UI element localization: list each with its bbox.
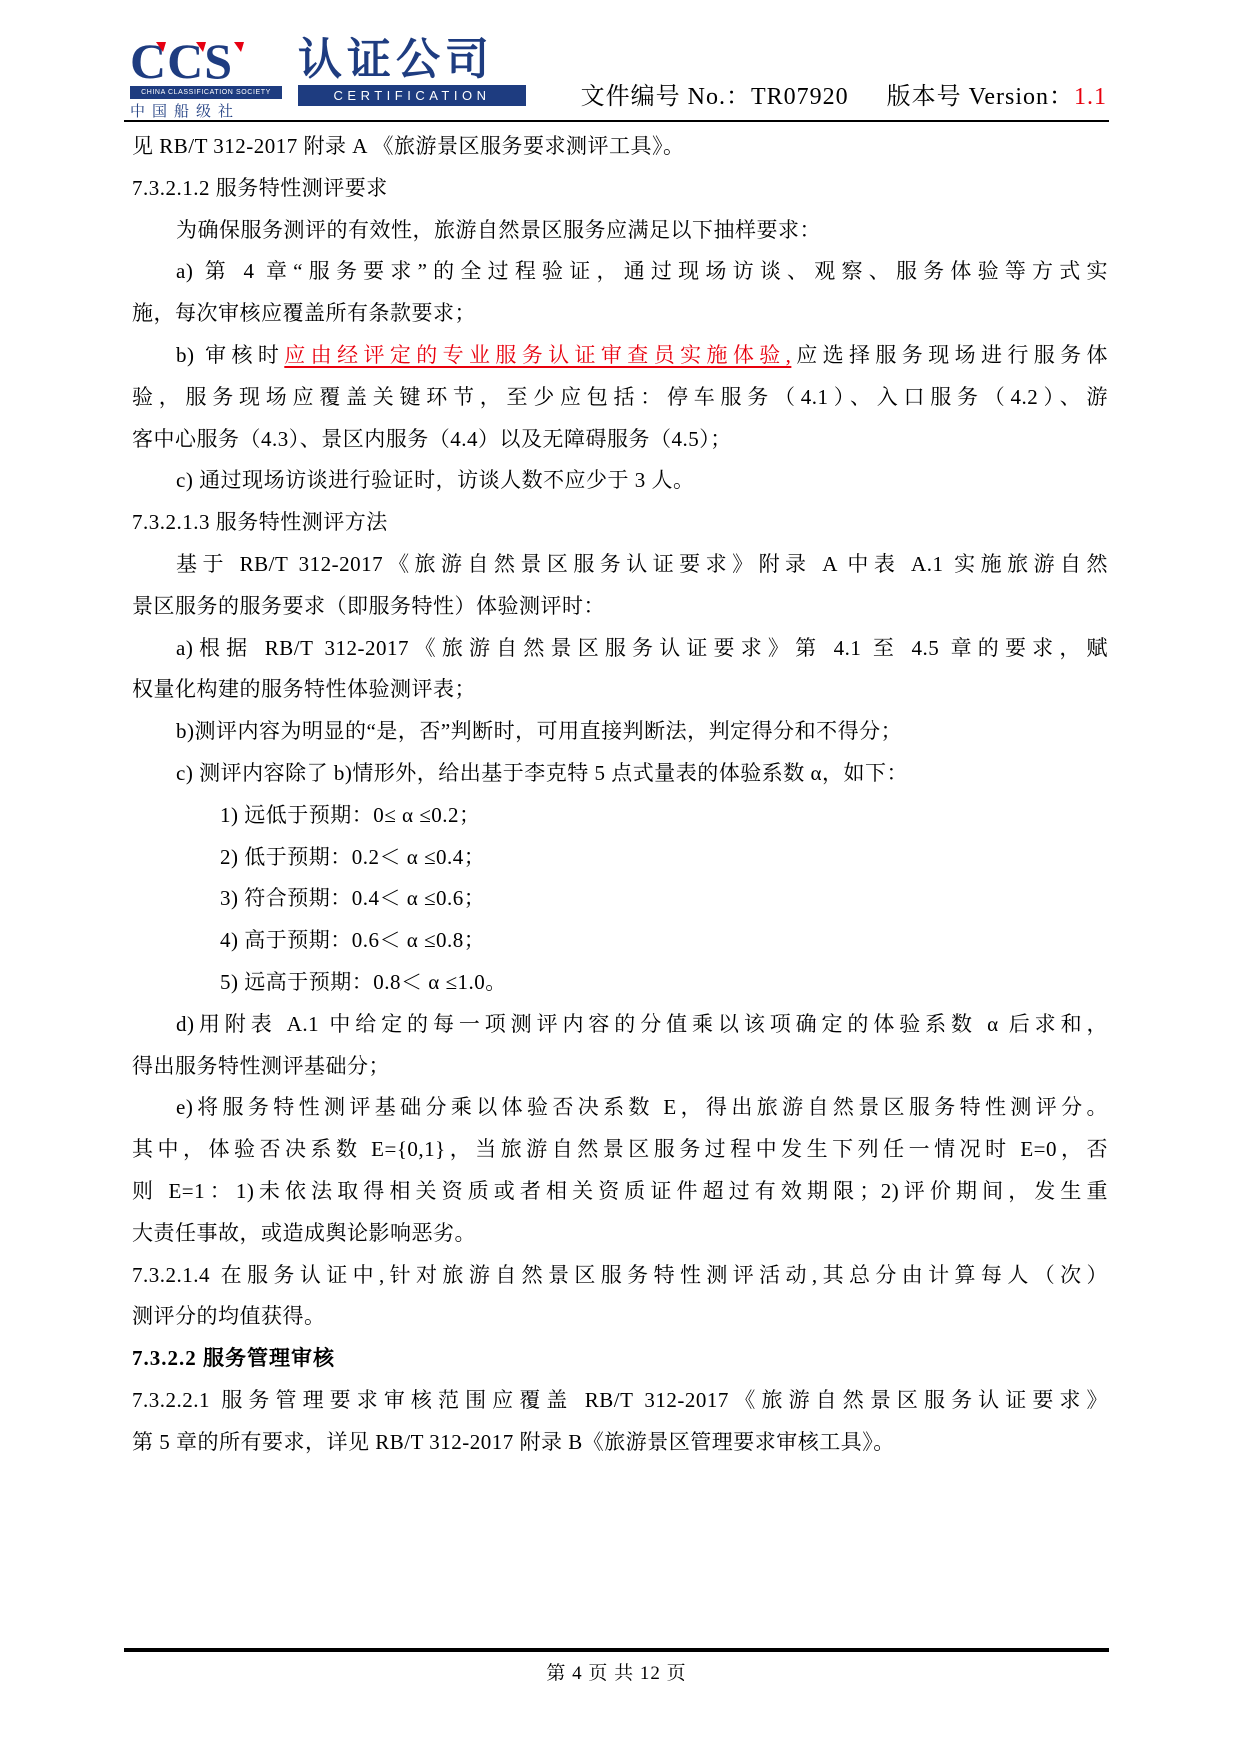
doc-list-item: 3) 符合预期：0.4＜ α ≤0.6； [132, 878, 1108, 920]
logo-society-cn: 中国船级社 [130, 100, 288, 121]
doc-line: d)用附表 A.1 中给定的每一项测评内容的分值乘以该项确定的体验系数 α 后求… [132, 1004, 1108, 1046]
ccs-logo-left: CCS CHINA CLASSIFICATION SOCIETY 中国船级社 [130, 38, 288, 121]
doc-line: 为确保服务测评的有效性，旅游自然景区服务应满足以下抽样要求： [132, 210, 1108, 252]
document-meta: 文件编号 No.：TR07920版本号 Version：1.1 [581, 76, 1107, 111]
doc-line: 权量化构建的服务特性体验测评表； [132, 669, 1108, 711]
doc-no-label: 文件编号 No.： [581, 84, 751, 110]
doc-line: c) 测评内容除了 b)情形外，给出基于李克特 5 点式量表的体验系数 α，如下… [132, 753, 1108, 795]
doc-line-segment: b) 审核时 [176, 343, 284, 367]
ccs-red-accent-icon [234, 42, 244, 52]
header-divider [124, 120, 1109, 122]
document-page: { "colors": { "logo_blue": "#1e3c80", "a… [0, 0, 1233, 1743]
doc-line: 基于 RB/T 312-2017《旅游自然景区服务认证要求》附录 A 中表 A.… [132, 544, 1108, 586]
doc-line: 见 RB/T 312-2017 附录 A 《旅游景区服务要求测评工具》。 [132, 126, 1108, 168]
doc-line-heading: 7.3.2.1.2 服务特性测评要求 [132, 168, 1108, 210]
document-body: 见 RB/T 312-2017 附录 A 《旅游景区服务要求测评工具》。 7.3… [132, 126, 1108, 1464]
doc-line: b)测评内容为明显的“是，否”判断时，可用直接判断法，判定得分和不得分； [132, 711, 1108, 753]
doc-line: 景区服务的服务要求（即服务特性）体验测评时： [132, 586, 1108, 628]
ccs-logo: CCS CHINA CLASSIFICATION SOCIETY 中国船级社 认… [130, 38, 526, 121]
ccs-logo-right: 认证公司 CERTIFICATION [298, 38, 526, 106]
version-label: 版本号 Version： [887, 84, 1074, 110]
doc-line: 大责任事故，或造成舆论影响恶劣。 [132, 1213, 1108, 1255]
doc-list-item: 1) 远低于预期：0≤ α ≤0.2； [132, 795, 1108, 837]
page-header: CCS CHINA CLASSIFICATION SOCIETY 中国船级社 认… [0, 0, 1233, 122]
doc-no-value: TR07920 [751, 84, 849, 110]
doc-line: b) 审核时应由经评定的专业服务认证审查员实施体验,应选择服务现场进行服务体 [132, 335, 1108, 377]
doc-line: 测评分的均值获得。 [132, 1296, 1108, 1338]
version-value: 1.1 [1074, 84, 1107, 110]
doc-list-item: 5) 远高于预期：0.8＜ α ≤1.0。 [132, 962, 1108, 1004]
doc-line: 施，每次审核应覆盖所有条款要求； [132, 293, 1108, 335]
doc-line: 则 E=1：1)未依法取得相关资质或者相关资质证件超过有效期限；2)评价期间，发… [132, 1171, 1108, 1213]
footer-divider [124, 1648, 1109, 1652]
ccs-red-accent-icon [196, 42, 206, 52]
doc-line: 验，服务现场应覆盖关键环节，至少应包括：停车服务（4.1）、入口服务（4.2）、… [132, 377, 1108, 419]
doc-line: 其中，体验否决系数 E={0,1}，当旅游自然景区服务过程中发生下列任一情况时 … [132, 1129, 1108, 1171]
doc-line: c) 通过现场访谈进行验证时，访谈人数不应少于 3 人。 [132, 460, 1108, 502]
doc-section-heading: 7.3.2.2 服务管理审核 [132, 1338, 1108, 1380]
page-number: 第 4 页 共 12 页 [124, 1658, 1109, 1685]
doc-list-item: 4) 高于预期：0.6＜ α ≤0.8； [132, 920, 1108, 962]
doc-line-segment: 应选择服务现场进行服务体 [791, 343, 1108, 367]
logo-company-name: 认证公司 [298, 38, 526, 82]
ccs-logo-letters: CCS [130, 38, 288, 84]
doc-line-heading: 7.3.2.1.3 服务特性测评方法 [132, 502, 1108, 544]
doc-line: a)根据 RB/T 312-2017《旅游自然景区服务认证要求》第 4.1 至 … [132, 628, 1108, 670]
red-underline-text: 应由经评定的专业服务认证审查员实施体验, [284, 343, 791, 367]
doc-line: a) 第 4 章“服务要求”的全过程验证，通过现场访谈、观察、服务体验等方式实 [132, 251, 1108, 293]
logo-certification-bar: CERTIFICATION [298, 85, 526, 106]
doc-line: 客中心服务（4.3）、景区内服务（4.4）以及无障碍服务（4.5）； [132, 419, 1108, 461]
doc-line: 得出服务特性测评基础分； [132, 1046, 1108, 1088]
doc-line: 第 5 章的所有要求，详见 RB/T 312-2017 附录 B《旅游景区管理要… [132, 1422, 1108, 1464]
ccs-red-accent-icon [156, 42, 166, 52]
doc-line: 7.3.2.2.1 服务管理要求审核范围应覆盖 RB/T 312-2017《旅游… [132, 1380, 1108, 1422]
doc-list-item: 2) 低于预期：0.2＜ α ≤0.4； [132, 837, 1108, 879]
doc-line: 7.3.2.1.4 在服务认证中,针对旅游自然景区服务特性测评活动,其总分由计算… [132, 1255, 1108, 1297]
doc-line: e)将服务特性测评基础分乘以体验否决系数 E，得出旅游自然景区服务特性测评分。 [132, 1087, 1108, 1129]
